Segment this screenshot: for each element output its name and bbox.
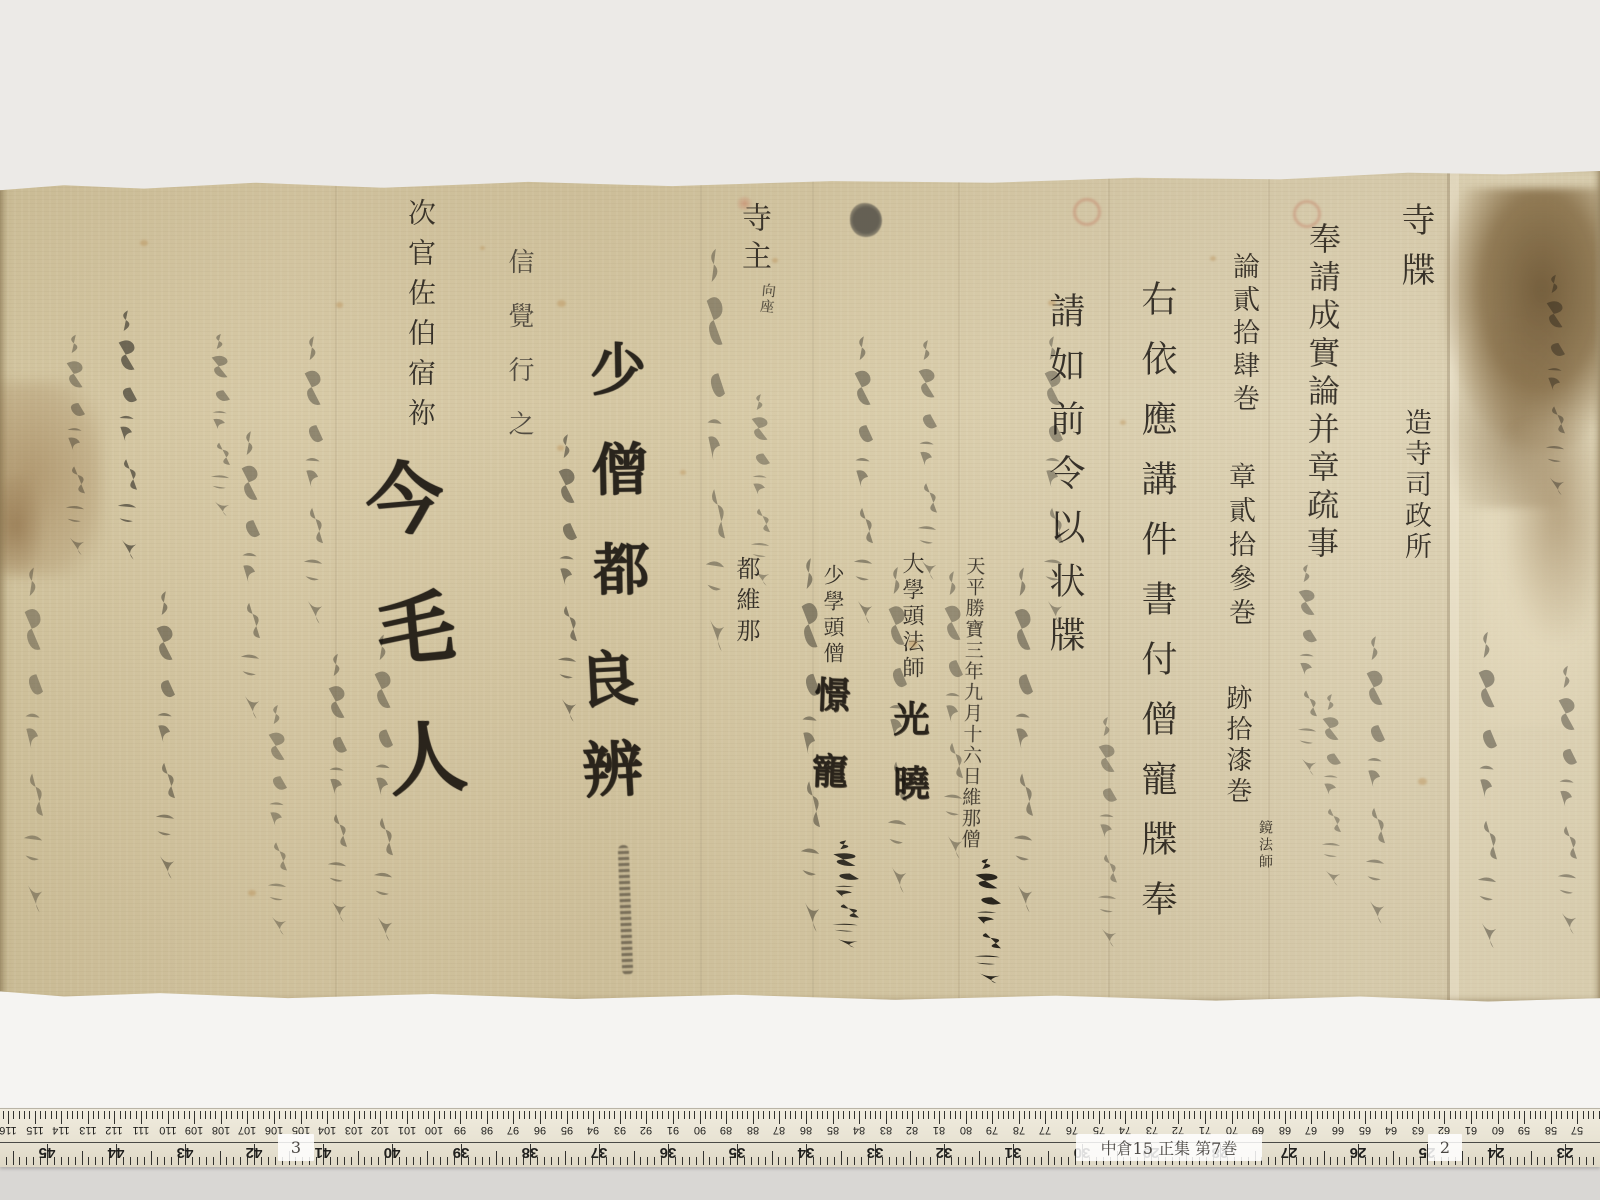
ruler-tick	[545, 1111, 546, 1119]
ruler-tick	[407, 1111, 408, 1124]
ruler-tick	[571, 1157, 572, 1165]
ruler-tick	[19, 1157, 20, 1165]
ruler-tick	[1337, 1157, 1338, 1165]
ruler-number: 79	[977, 1124, 1007, 1136]
ruler-tick	[67, 1111, 68, 1119]
ruler-tick	[358, 1151, 359, 1165]
ruler-tick	[630, 1111, 631, 1119]
ruler-tick	[662, 1111, 663, 1119]
ruler-tick	[1162, 1111, 1163, 1119]
ruler-tick	[1168, 1111, 1169, 1119]
ruler-number: 40	[377, 1144, 407, 1161]
ruler-tick	[120, 1111, 121, 1119]
ruler-tick	[561, 1111, 562, 1119]
ruler-number: 84	[844, 1124, 874, 1136]
ruler-tick	[1381, 1111, 1382, 1119]
ruler-tick	[1450, 1111, 1451, 1119]
ruler-tick	[540, 1111, 541, 1124]
ruler-number: 34	[791, 1144, 821, 1161]
ruler-tick	[295, 1111, 296, 1119]
foxing-spot	[772, 258, 778, 263]
ruler-tick	[1586, 1157, 1587, 1165]
ruler-tick	[1253, 1111, 1254, 1119]
ruler-tick	[928, 1111, 929, 1119]
ruler-tick	[1136, 1111, 1137, 1119]
ruler-tick	[817, 1111, 818, 1119]
ruler-tick	[440, 1157, 441, 1165]
ruler-tick	[375, 1111, 376, 1119]
ruler-tick	[987, 1111, 988, 1119]
ruler-tick	[146, 1111, 147, 1119]
ruler-tick	[716, 1111, 717, 1119]
ruler-number: 112	[99, 1124, 129, 1136]
ruler-tick	[742, 1111, 743, 1119]
foxing-spot	[908, 640, 918, 648]
ruler-tick	[689, 1157, 690, 1165]
ruler-tick	[13, 1111, 14, 1119]
ruler-tick	[1093, 1111, 1094, 1119]
ruler-tick	[865, 1111, 866, 1119]
faint-red-seal-ring	[1073, 198, 1101, 226]
manuscript-paper: 寺牒 造寺司政所 奉請成實論并章疏事 論貳拾肆巻 章貳拾參巻 跡拾漆巻 鏡法師 …	[0, 166, 1600, 1004]
bleed-through-marks	[1360, 630, 1390, 930]
ruler-tick	[380, 1111, 381, 1124]
ruler-tick	[1471, 1111, 1472, 1124]
ruler-tick	[1157, 1111, 1158, 1119]
ruler-tick	[1556, 1111, 1557, 1119]
ruler-tick	[481, 1111, 482, 1119]
ruler-tick	[1460, 1111, 1461, 1119]
ruler-tick	[668, 1111, 669, 1119]
ruler-tick	[1048, 1151, 1049, 1165]
ruler-tick	[916, 1157, 917, 1165]
ruler-number: 23	[1550, 1144, 1580, 1161]
ruler-number: 24	[1481, 1144, 1511, 1161]
ruler-tick	[275, 1157, 276, 1165]
ruler-tick	[370, 1111, 371, 1119]
ruler-tick	[1333, 1111, 1334, 1119]
ruler-tick	[859, 1111, 860, 1124]
ruler-tick	[152, 1111, 153, 1119]
ruler-number: 92	[631, 1124, 661, 1136]
ruler-tick	[371, 1157, 372, 1165]
ruler-tick	[556, 1111, 557, 1119]
ruler-tick	[258, 1111, 259, 1119]
ruler-tick	[1268, 1157, 1269, 1165]
ruler-tick	[1386, 1111, 1387, 1119]
ruler-tick	[322, 1111, 323, 1119]
ruler-number: 33	[860, 1144, 890, 1161]
ruler-tick	[200, 1111, 201, 1119]
ruler-tick	[1120, 1111, 1121, 1119]
ruler-tick	[210, 1111, 211, 1119]
ruler-tick	[1040, 1111, 1041, 1119]
ruler-tick	[1088, 1111, 1089, 1119]
ruler-tick	[95, 1157, 96, 1165]
bleed-through-marks	[60, 330, 90, 560]
bleed-through-marks	[1552, 660, 1582, 940]
ruler-tick	[1226, 1111, 1227, 1119]
ruler-number: 31	[998, 1144, 1028, 1161]
ruler-tick	[77, 1111, 78, 1119]
backdrop-bottom-strip	[0, 1166, 1600, 1200]
ruler-tick	[215, 1111, 216, 1119]
bleed-through-marks	[298, 330, 328, 630]
ruler-tick	[847, 1157, 848, 1165]
ruler-tick	[1577, 1111, 1578, 1124]
ruler-tick	[263, 1111, 264, 1119]
ruler-tick	[979, 1151, 980, 1165]
ruler-number: 32	[929, 1144, 959, 1161]
ruler-tick	[634, 1151, 635, 1165]
ruler-label-right: 2	[1428, 1134, 1462, 1161]
ruler-tick	[703, 1151, 704, 1165]
ruler-tick	[233, 1157, 234, 1165]
ruler-tick	[460, 1111, 461, 1124]
ruler-tick	[609, 1111, 610, 1119]
column-docket-title: 寺牒	[1398, 202, 1432, 302]
ruler-tick	[471, 1111, 472, 1119]
bleed-through-marks	[848, 330, 878, 630]
ruler-tick	[1540, 1111, 1541, 1119]
ruler-tick	[689, 1111, 690, 1119]
ruler-tick	[1125, 1111, 1126, 1124]
ruler-tick	[466, 1111, 467, 1119]
ruler-tick	[343, 1111, 344, 1119]
ruler-tick	[923, 1157, 924, 1165]
ruler-tick	[910, 1151, 911, 1165]
ruler-tick	[652, 1111, 653, 1119]
ruler-tick	[513, 1111, 514, 1124]
ruler-tick	[551, 1111, 552, 1119]
ruler-tick	[1379, 1157, 1380, 1165]
ruler-tick	[529, 1111, 530, 1119]
ruler-number: 94	[578, 1124, 608, 1136]
ruler-tick	[412, 1111, 413, 1119]
ruler-tick	[1295, 1111, 1296, 1119]
ruler-tick	[1375, 1111, 1376, 1119]
cursive-signature-marks	[824, 838, 866, 950]
column-bishop-title: 少僧都	[585, 340, 646, 641]
ruler-tick	[726, 1111, 727, 1124]
ruler-tick	[24, 1111, 25, 1119]
ruler-tick	[1572, 1111, 1573, 1119]
ruler-tick	[1514, 1111, 1515, 1119]
foxing-spot	[680, 470, 686, 475]
ruler-tick	[1359, 1111, 1360, 1119]
ruler-tick	[338, 1111, 339, 1119]
ruler-tick	[497, 1111, 498, 1119]
ruler-tick	[61, 1111, 62, 1124]
ruler-tick	[583, 1111, 584, 1119]
ruler-tick	[1561, 1111, 1562, 1119]
ruler-tick	[657, 1111, 658, 1119]
ruler-number: 66	[1323, 1124, 1353, 1136]
ruler-tick	[822, 1111, 823, 1119]
ruler-tick	[1439, 1111, 1440, 1119]
ruler-number: 64	[1376, 1124, 1406, 1136]
ruler-tick	[1279, 1111, 1280, 1119]
ruler-tick	[274, 1111, 275, 1124]
ruler-tick	[1216, 1111, 1217, 1119]
ruler-tick	[1045, 1111, 1046, 1124]
ruler-tick	[427, 1151, 428, 1165]
ruler-number: 44	[101, 1144, 131, 1161]
ruler-tick	[966, 1111, 967, 1124]
bleed-through-marks	[112, 305, 142, 565]
ruler-tick	[1444, 1111, 1445, 1124]
ruler-tick	[386, 1111, 387, 1119]
ruler-tick	[1475, 1157, 1476, 1165]
foxing-spot	[557, 300, 566, 307]
ruler-tick	[827, 1111, 828, 1119]
ruler-tick	[1008, 1111, 1009, 1119]
ruler-tick	[558, 1157, 559, 1165]
bleed-through-marks	[235, 425, 265, 725]
ruler-tick	[162, 1111, 163, 1119]
ruler-tick	[1455, 1111, 1456, 1119]
ruler-tick	[104, 1111, 105, 1119]
ruler-tick	[1545, 1111, 1546, 1119]
ruler-tick	[1269, 1111, 1270, 1119]
ruler-tick	[1583, 1111, 1584, 1119]
ruler-tick	[625, 1111, 626, 1119]
ruler-number: 35	[722, 1144, 752, 1161]
backdrop-white-strip	[0, 988, 1600, 1108]
ruler-number: 67	[1296, 1124, 1326, 1136]
ruler-tick	[476, 1111, 477, 1119]
ruler-tick	[178, 1111, 179, 1119]
ink-blot	[850, 203, 882, 237]
foxing-spot	[1120, 420, 1126, 425]
ruler-number: 42	[239, 1144, 269, 1161]
ruler-tick	[955, 1111, 956, 1119]
ruler-tick	[290, 1111, 291, 1119]
ruler-tick	[82, 1111, 83, 1119]
ruler-tick	[843, 1111, 844, 1119]
ruler-tick	[965, 1157, 966, 1165]
ruler-tick	[1327, 1111, 1328, 1119]
ruler-number: 81	[924, 1124, 954, 1136]
ruler-tick	[348, 1111, 349, 1119]
ruler-number: 89	[711, 1124, 741, 1136]
ruler-tick	[891, 1111, 892, 1119]
ruler-tick	[774, 1111, 775, 1119]
ruler-tick	[333, 1111, 334, 1119]
ruler-tick	[1311, 1111, 1312, 1124]
ruler-tick	[1258, 1111, 1259, 1124]
ruler-tick	[423, 1111, 424, 1119]
ruler-tick	[838, 1111, 839, 1119]
ruler-tick	[3, 1111, 4, 1119]
ruler-tick	[1152, 1111, 1153, 1124]
ruler-tick	[992, 1157, 993, 1165]
column-item-sho: 章貳拾參巻	[1226, 462, 1253, 632]
ruler-tick	[1115, 1111, 1116, 1119]
ruler-tick	[237, 1111, 238, 1119]
ruler-tick	[1146, 1111, 1147, 1119]
column-request-line: 奉請成實論并章疏事	[1305, 222, 1339, 564]
ruler-tick	[40, 1111, 41, 1119]
ruler-tick	[1221, 1111, 1222, 1119]
ruler-tick	[1056, 1111, 1057, 1119]
bleed-through-marks	[1038, 330, 1068, 630]
crease-line	[1108, 166, 1110, 1004]
ruler-tick	[1067, 1111, 1068, 1119]
ruler-tick	[439, 1111, 440, 1119]
bleed-through-marks	[368, 628, 398, 948]
foxing-spot	[557, 445, 564, 451]
ruler-tick	[1354, 1111, 1355, 1119]
ruler-tick	[647, 1157, 648, 1165]
ruler-tick	[841, 1151, 842, 1165]
ruler-tick	[801, 1111, 802, 1119]
ruler-tick	[1324, 1151, 1325, 1165]
ruler-tick	[503, 1111, 504, 1119]
crease-line	[812, 166, 814, 1004]
ruler-tick	[1530, 1111, 1531, 1119]
foxing-spot	[336, 302, 343, 308]
ruler-tick	[1237, 1111, 1238, 1119]
ruler-tick	[854, 1111, 855, 1119]
ruler-tick	[1131, 1111, 1132, 1119]
ruler-number: 36	[653, 1144, 683, 1161]
ruler-tick	[231, 1111, 232, 1119]
ruler-number: 59	[1509, 1124, 1539, 1136]
foxing-spot	[248, 890, 256, 896]
ruler-tick	[489, 1157, 490, 1165]
foxing-spot	[140, 240, 148, 246]
ruler-tick	[311, 1111, 312, 1119]
ruler-label-volume: 中倉15 正集 第7巻	[1076, 1134, 1262, 1161]
cursive-signature-marks	[966, 856, 1008, 986]
ruler-tick	[391, 1111, 392, 1119]
ruler-tick	[1397, 1111, 1398, 1119]
ruler-tick	[482, 1157, 483, 1165]
ruler-tick	[144, 1157, 145, 1165]
ruler-tick	[1109, 1111, 1110, 1119]
ruler-number: 91	[658, 1124, 688, 1136]
bleed-through-marks	[552, 428, 582, 728]
ruler-tick	[599, 1111, 600, 1119]
bleed-through-marks	[938, 565, 968, 865]
ruler-tick	[1248, 1111, 1249, 1119]
ruler-number: 45	[32, 1144, 62, 1161]
ruler-number: 26	[1343, 1144, 1373, 1161]
ruler-tick	[1593, 1157, 1594, 1165]
bleed-through-marks	[1316, 690, 1346, 890]
ruler-tick	[51, 1111, 52, 1119]
ruler-tick	[137, 1157, 138, 1165]
column-item-ron: 論貳拾肆巻	[1230, 252, 1257, 417]
ruler-tick	[1418, 1111, 1419, 1124]
ruler-tick	[1468, 1157, 1469, 1165]
ruler-tick	[306, 1111, 307, 1119]
ruler-number: 101	[392, 1124, 422, 1136]
ruler-tick	[886, 1111, 887, 1124]
bleed-through-marks	[745, 390, 775, 590]
ruler-tick	[226, 1111, 227, 1119]
ruler-tick	[950, 1111, 951, 1119]
ruler-tick	[487, 1111, 488, 1124]
ruler-tick	[8, 1111, 9, 1124]
ruler-number: 86	[791, 1124, 821, 1136]
ruler-tick	[1274, 1111, 1275, 1119]
ruler-tick	[795, 1111, 796, 1119]
ruler-tick	[502, 1157, 503, 1165]
ruler-tick	[565, 1151, 566, 1165]
ruler-tick	[620, 1157, 621, 1165]
ruler-tick	[709, 1157, 710, 1165]
crease-line	[335, 166, 337, 1004]
ruler-tick	[1083, 1111, 1084, 1119]
column-temple-master-note: 向座	[758, 282, 775, 315]
ruler-tick	[694, 1111, 695, 1119]
ruler-number: 97	[498, 1124, 528, 1136]
ruler-tick	[763, 1111, 764, 1119]
ruler-tick	[450, 1111, 451, 1119]
ruler-tick	[1407, 1111, 1408, 1119]
ruler-tick	[918, 1111, 919, 1119]
ruler-tick	[184, 1111, 185, 1119]
bleed-through-marks	[1540, 270, 1570, 500]
ruler-tick	[934, 1111, 935, 1119]
ruler-tick	[1508, 1111, 1509, 1119]
ruler-tick	[578, 1157, 579, 1165]
ruler-number: 77	[1030, 1124, 1060, 1136]
ruler-tick	[1517, 1157, 1518, 1165]
ruler-tick	[985, 1157, 986, 1165]
ruler-tick	[880, 1111, 881, 1119]
ruler-tick	[396, 1111, 397, 1119]
ruler-number: 37	[584, 1144, 614, 1161]
ruler-tick	[269, 1111, 270, 1119]
ruler-tick	[827, 1157, 828, 1165]
ruler-number: 104	[312, 1124, 342, 1136]
ruler-tick	[524, 1111, 525, 1119]
ruler-tick	[785, 1157, 786, 1165]
ruler-tick	[1406, 1157, 1407, 1165]
ruler-tick	[1476, 1111, 1477, 1119]
crease-line	[1268, 166, 1270, 1004]
column-body-line1: 右依應講件書付僧寵牒奉	[1138, 280, 1174, 940]
ruler-tick	[902, 1111, 903, 1119]
ruler-tick	[317, 1111, 318, 1119]
ruler-tick	[1141, 1111, 1142, 1119]
ruler-tick	[496, 1151, 497, 1165]
ruler-tick	[433, 1157, 434, 1165]
bleed-through-marks	[1008, 560, 1038, 920]
ruler-tick	[1524, 1111, 1525, 1124]
ruler-tick	[279, 1111, 280, 1119]
ruler-tick	[206, 1157, 207, 1165]
ruler-tick	[1013, 1111, 1014, 1119]
ruler-tick	[173, 1111, 174, 1119]
bleed-through-marks	[262, 700, 292, 940]
ruler-tick	[1301, 1111, 1302, 1119]
ruler-tick	[1061, 1111, 1062, 1119]
ruler-tick	[136, 1111, 137, 1119]
ruler-tick	[896, 1111, 897, 1119]
ruler-tick	[870, 1111, 871, 1119]
ruler-tick	[678, 1111, 679, 1119]
ruler-tick	[1524, 1157, 1525, 1165]
ruler-number: 27	[1274, 1144, 1304, 1161]
ruler-tick	[896, 1157, 897, 1165]
ruler-tick	[1370, 1111, 1371, 1119]
ruler-tick	[721, 1111, 722, 1119]
bleed-through-marks	[1092, 712, 1122, 952]
